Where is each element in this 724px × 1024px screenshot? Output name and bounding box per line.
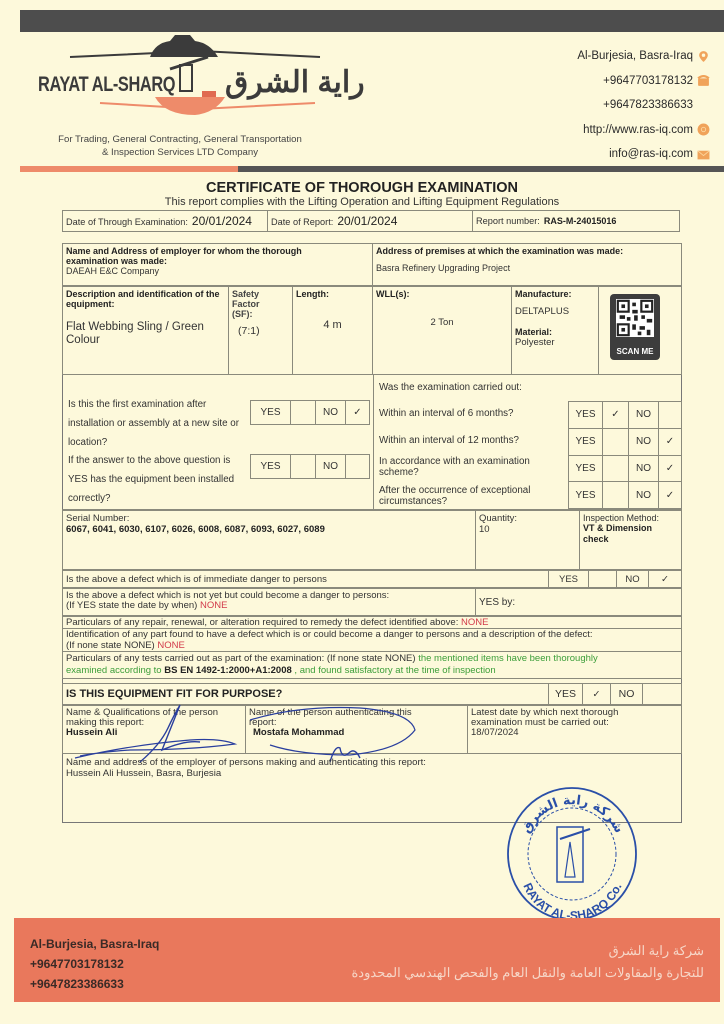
next-exam-date: 18/07/2024 — [471, 728, 678, 738]
equipment-description-cell: Description and identification of the eq… — [63, 287, 229, 375]
fit-yes-label: YES — [549, 684, 583, 705]
exceptional-yes-checkbox[interactable] — [603, 482, 629, 509]
contact-email: info@ras-iq.com — [577, 142, 710, 167]
repair-cell: Particulars of any repair, renewal, or a… — [63, 617, 682, 629]
tests-value-2: examined according to — [66, 665, 162, 676]
twelve-months-no-checkbox[interactable]: ✓ — [659, 428, 682, 455]
question-exam-scheme: In accordance with an examination scheme… — [379, 456, 559, 478]
identification-cell: Identification of any part found to have… — [63, 629, 682, 652]
date-exam-value: 20/01/2024 — [192, 214, 252, 228]
question-first-exam: Is this the first examination after inst… — [68, 395, 248, 452]
header-divider-grey — [238, 166, 724, 172]
company-tagline: For Trading, General Contracting, Genera… — [20, 133, 340, 159]
first-exam-no-label: NO — [316, 401, 346, 425]
installed-no-checkbox[interactable] — [346, 455, 370, 479]
tests-standard: BS EN 1492-1:2000+A1:2008 — [164, 665, 292, 676]
potential-danger-cell: Is the above a defect which is not yet b… — [63, 589, 476, 616]
identification-table: Identification of any part found to have… — [62, 628, 682, 652]
first-exam-yes-label: YES — [251, 401, 291, 425]
date-exam-label: Date of Through Examination: — [66, 217, 188, 227]
first-exam-no-checkbox[interactable]: ✓ — [346, 401, 370, 425]
potential-danger-value: NONE — [200, 600, 227, 611]
first-exam-yes-checkbox[interactable] — [291, 401, 316, 425]
potential-danger-hint: (If YES state the date by when) — [66, 600, 197, 611]
wll-cell: WLL(s): 2 Ton — [373, 287, 512, 375]
contact-phone-1: +9647703178132 — [577, 69, 710, 94]
length-label: Length: — [296, 289, 369, 299]
equipment-description-value: Flat Webbing Sling / Green Colour — [66, 321, 225, 347]
potential-danger-table: Is the above a defect which is not yet b… — [62, 588, 682, 616]
tests-line1: Particulars of any tests carried out as … — [66, 653, 678, 665]
premises-label: Address of premises at which the examina… — [376, 246, 678, 256]
premises-value: Basra Refinery Upgrading Project — [376, 263, 678, 273]
identification-hint: (If none state NONE) — [66, 640, 155, 651]
company-logo: RAYAT AL-SHARQ راية الشرق — [30, 35, 350, 115]
footer-arabic: شركة راية الشرق للتجارة والمقاولات العام… — [352, 940, 705, 984]
immediate-danger-table: Is the above a defect which is of immedi… — [62, 570, 682, 588]
date-report-cell: Date of Report:20/01/2024 — [268, 211, 473, 232]
material-value: Polyester — [515, 337, 595, 348]
questions-divider — [373, 375, 374, 509]
inspection-method-cell: Inspection Method: VT & Dimension check — [580, 511, 682, 570]
safety-factor-cell: Safety Factor (SF): (7:1) — [229, 287, 293, 375]
installed-yes-label: YES — [251, 455, 291, 479]
certificate-subtitle: This report complies with the Lifting Op… — [0, 196, 724, 208]
identification-label: Identification of any part found to have… — [66, 629, 678, 640]
scheme-no-checkbox[interactable]: ✓ — [659, 455, 682, 482]
quantity-label: Quantity: — [479, 513, 576, 524]
twelve-months-no-label: NO — [629, 428, 659, 455]
employer-cell: Name and Address of employer for whom th… — [63, 244, 373, 286]
next-exam-cell: Latest date by which next thorough exami… — [468, 706, 682, 754]
quantity-cell: Quantity: 10 — [476, 511, 580, 570]
svg-text:RAYAT AL-SHARQ Co.: RAYAT AL-SHARQ Co. — [520, 881, 624, 922]
date-exam-cell: Date of Through Examination:20/01/2024 — [63, 211, 268, 232]
tests-line2: examined according to BS EN 1492-1:2000+… — [66, 665, 678, 677]
question-installed-correctly: If the answer to the above question is Y… — [68, 451, 248, 508]
footer-address: Al-Burjesia, Basra-Iraq — [30, 934, 159, 954]
header-top-bar — [20, 10, 724, 32]
immediate-yes-label: YES — [549, 571, 589, 588]
immediate-no-label: NO — [617, 571, 649, 588]
material-label: Material: — [515, 327, 595, 337]
employer-persons-label: Name and address of the employer of pers… — [66, 757, 426, 768]
question-6-months: Within an interval of 6 months? — [379, 408, 514, 419]
length-value: 4 m — [296, 319, 369, 331]
company-name-en: RAYAT AL-SHARQ — [38, 73, 175, 97]
report-number-value: RAS-M-24015016 — [544, 216, 617, 226]
manufacture-label: Manufacture: — [515, 289, 595, 299]
footer-arabic-tagline: للتجارة والمقاولات العامة والنقل العام و… — [352, 962, 705, 984]
question-exceptional-circumstances: After the occurrence of exceptional circ… — [379, 485, 559, 507]
immediate-danger-label: Is the above a defect which is of immedi… — [63, 571, 549, 588]
exceptional-yes-label: YES — [569, 482, 603, 509]
date-info-table: Date of Through Examination:20/01/2024 D… — [62, 210, 680, 232]
tests-value-3: , and found satisfactory at the time of … — [294, 665, 495, 676]
tests-value-1: the mentioned items have been thoroughly — [418, 653, 598, 664]
wll-value: 2 Ton — [376, 317, 508, 328]
report-number-label: Report number: — [476, 216, 540, 226]
manufacture-cell: Manufacture: DELTAPLUS Material: Polyest… — [512, 287, 599, 375]
contact-website: http://www.ras-iq.com — [577, 118, 710, 143]
page-footer: Al-Burjesia, Basra-Iraq +9647703178132 +… — [14, 918, 720, 1002]
examination-carried-out-grid: YES ✓ NO YES NO ✓ YES NO ✓ YES NO ✓ — [568, 401, 682, 509]
twelve-months-yes-label: YES — [569, 428, 603, 455]
six-months-no-checkbox[interactable] — [659, 402, 682, 429]
exceptional-no-label: NO — [629, 482, 659, 509]
safety-factor-value: (7:1) — [232, 325, 289, 337]
fit-no-label: NO — [611, 684, 643, 705]
date-report-label: Date of Report: — [271, 217, 333, 227]
inspection-method-label: Inspection Method: — [583, 513, 678, 523]
qr-code-badge[interactable]: SCAN ME — [610, 294, 660, 360]
company-stamp-icon: شركة راية الشرق RAYAT AL-SHARQ Co. — [505, 787, 640, 922]
tests-label: Particulars of any tests carried out as … — [66, 653, 416, 664]
footer-phone-1[interactable]: +9647703178132 — [30, 954, 159, 974]
immediate-no-checkbox[interactable]: ✓ — [649, 571, 682, 588]
repair-value: NONE — [461, 617, 488, 628]
location-pin-icon — [697, 50, 710, 63]
tests-cell: Particulars of any tests carried out as … — [63, 652, 682, 679]
six-months-yes-label: YES — [569, 402, 603, 429]
header-contacts: Al-Burjesia, Basra-Iraq +9647703178132 +… — [577, 44, 710, 167]
quantity-value: 10 — [479, 524, 576, 535]
wll-label: WLL(s): — [376, 289, 508, 299]
report-number-cell: Report number:RAS-M-24015016 — [473, 211, 680, 232]
contact-phone-1-text[interactable]: +9647703178132 — [603, 75, 693, 87]
contact-website-link[interactable]: http://www.ras-iq.com — [583, 124, 693, 136]
twelve-months-yes-checkbox[interactable] — [603, 428, 629, 455]
stamp-text-en: RAYAT AL-SHARQ Co. — [520, 881, 624, 922]
exceptional-no-checkbox[interactable]: ✓ — [659, 482, 682, 509]
header-divider-orange — [20, 166, 238, 172]
fit-yes-checkbox[interactable]: ✓ — [583, 684, 611, 705]
installed-correctly-yes-no: YES NO — [250, 454, 370, 479]
date-report-value: 20/01/2024 — [337, 214, 397, 228]
qr-code-icon — [616, 299, 654, 337]
contact-phone-2-text[interactable]: +9647823386633 — [603, 99, 693, 111]
employer-persons-value: Hussein Ali Hussein, Basra, Burjesia — [66, 768, 221, 779]
telephone-icon — [697, 74, 710, 87]
equipment-description-label: Description and identification of the eq… — [66, 289, 225, 309]
manufacture-value: DELTAPLUS — [515, 306, 595, 317]
tagline-line-2: & Inspection Services LTD Company — [20, 146, 340, 159]
potential-danger-line2: (If YES state the date by when) NONE — [66, 601, 472, 611]
employer-value: DAEAH E&C Company — [66, 266, 369, 276]
footer-arabic-name: شركة راية الشرق — [352, 940, 705, 962]
identification-value: NONE — [157, 640, 184, 651]
footer-phone-2[interactable]: +9647823386633 — [30, 974, 159, 994]
globe-icon — [697, 123, 710, 136]
certificate-title: CERTIFICATE OF THOROUGH EXAMINATION — [0, 180, 724, 196]
next-exam-label: Latest date by which next thorough exami… — [471, 708, 646, 728]
immediate-yes-checkbox[interactable] — [589, 571, 617, 588]
contact-address: Al-Burjesia, Basra-Iraq — [577, 44, 710, 69]
yes-by-field[interactable]: YES by: — [476, 589, 682, 616]
examination-carried-out-heading: Was the examination carried out: — [379, 382, 522, 393]
six-months-no-label: NO — [629, 402, 659, 429]
safety-factor-label: Safety Factor (SF): — [232, 289, 272, 319]
contact-address-text: Al-Burjesia, Basra-Iraq — [577, 50, 693, 62]
contact-email-link[interactable]: info@ras-iq.com — [609, 148, 693, 160]
serial-number-value: 6067, 6041, 6030, 6107, 6026, 6008, 6087… — [66, 524, 472, 535]
contact-phone-2: +9647823386633 — [577, 93, 710, 118]
repair-label: Particulars of any repair, renewal, or a… — [66, 617, 458, 628]
first-exam-yes-no: YES NO ✓ — [250, 400, 370, 425]
serial-number-label: Serial Number: — [66, 513, 472, 524]
identification-line2: (If none state NONE) NONE — [66, 640, 678, 651]
installed-yes-checkbox[interactable] — [291, 455, 316, 479]
employer-table: Name and Address of employer for whom th… — [62, 243, 682, 286]
scan-me-label: SCAN ME — [610, 347, 660, 356]
six-months-yes-checkbox[interactable]: ✓ — [603, 402, 629, 429]
question-12-months: Within an interval of 12 months? — [379, 435, 519, 446]
inspection-method-value: VT & Dimension check — [583, 523, 678, 545]
serial-table: Serial Number: 6067, 6041, 6030, 6107, 6… — [62, 510, 682, 570]
tagline-line-1: For Trading, General Contracting, Genera… — [20, 133, 340, 146]
installed-no-label: NO — [316, 455, 346, 479]
equipment-table: Description and identification of the eq… — [62, 286, 682, 375]
serial-number-cell: Serial Number: 6067, 6041, 6030, 6107, 6… — [63, 511, 476, 570]
scheme-yes-label: YES — [569, 455, 603, 482]
footer-contacts: Al-Burjesia, Basra-Iraq +9647703178132 +… — [30, 934, 159, 994]
scheme-yes-checkbox[interactable] — [603, 455, 629, 482]
employer-label: Name and Address of employer for whom th… — [66, 246, 326, 266]
fit-no-checkbox[interactable] — [643, 684, 682, 705]
company-name-ar: راية الشرق — [225, 65, 365, 100]
envelope-icon — [697, 148, 710, 161]
tests-table: Particulars of any tests carried out as … — [62, 651, 682, 679]
scheme-no-label: NO — [629, 455, 659, 482]
premises-cell: Address of premises at which the examina… — [373, 244, 682, 286]
length-cell: Length: 4 m — [293, 287, 373, 375]
